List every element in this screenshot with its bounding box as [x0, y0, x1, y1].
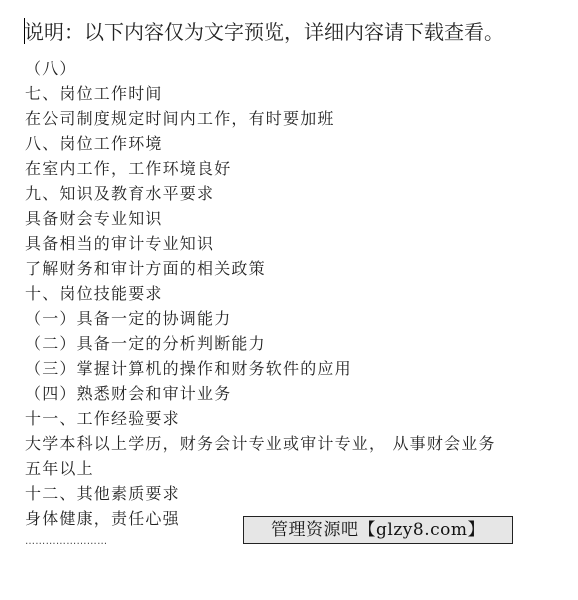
paragraph: 在室内工作，工作环境良好 — [25, 156, 496, 181]
heading-experience: 十一、工作经验要求 — [25, 406, 496, 431]
preview-notice: 说明：以下内容仅为文字预览，详细内容请下载查看。 — [24, 18, 504, 46]
list-item: （四）熟悉财会和审计业务 — [25, 381, 496, 406]
document-body: （八） 七、岗位工作时间 在公司制度规定时间内工作，有时要加班 八、岗位工作环境… — [25, 56, 496, 531]
heading-skills: 十、岗位技能要求 — [25, 281, 496, 306]
list-item: （一）具备一定的协调能力 — [25, 306, 496, 331]
paragraph: 五年以上 — [25, 456, 496, 481]
heading-work-environment: 八、岗位工作环境 — [25, 131, 496, 156]
heading-education: 九、知识及教育水平要求 — [25, 181, 496, 206]
list-item: （三）掌握计算机的操作和财务软件的应用 — [25, 356, 496, 381]
paragraph: 大学本科以上学历，财务会计专业或审计专业， 从事财会业务 — [25, 431, 496, 456]
section-marker: （八） — [25, 56, 496, 81]
heading-work-hours: 七、岗位工作时间 — [25, 81, 496, 106]
list-item: （二）具备一定的分析判断能力 — [25, 331, 496, 356]
heading-other-qualities: 十二、其他素质要求 — [25, 481, 496, 506]
ellipsis-divider: …………………… — [25, 536, 107, 547]
paragraph: 了解财务和审计方面的相关政策 — [25, 256, 496, 281]
paragraph: 在公司制度规定时间内工作，有时要加班 — [25, 106, 496, 131]
paragraph: 具备财会专业知识 — [25, 206, 496, 231]
source-banner: 管理资源吧【glzy8.com】 — [243, 516, 513, 544]
paragraph: 具备相当的审计专业知识 — [25, 231, 496, 256]
